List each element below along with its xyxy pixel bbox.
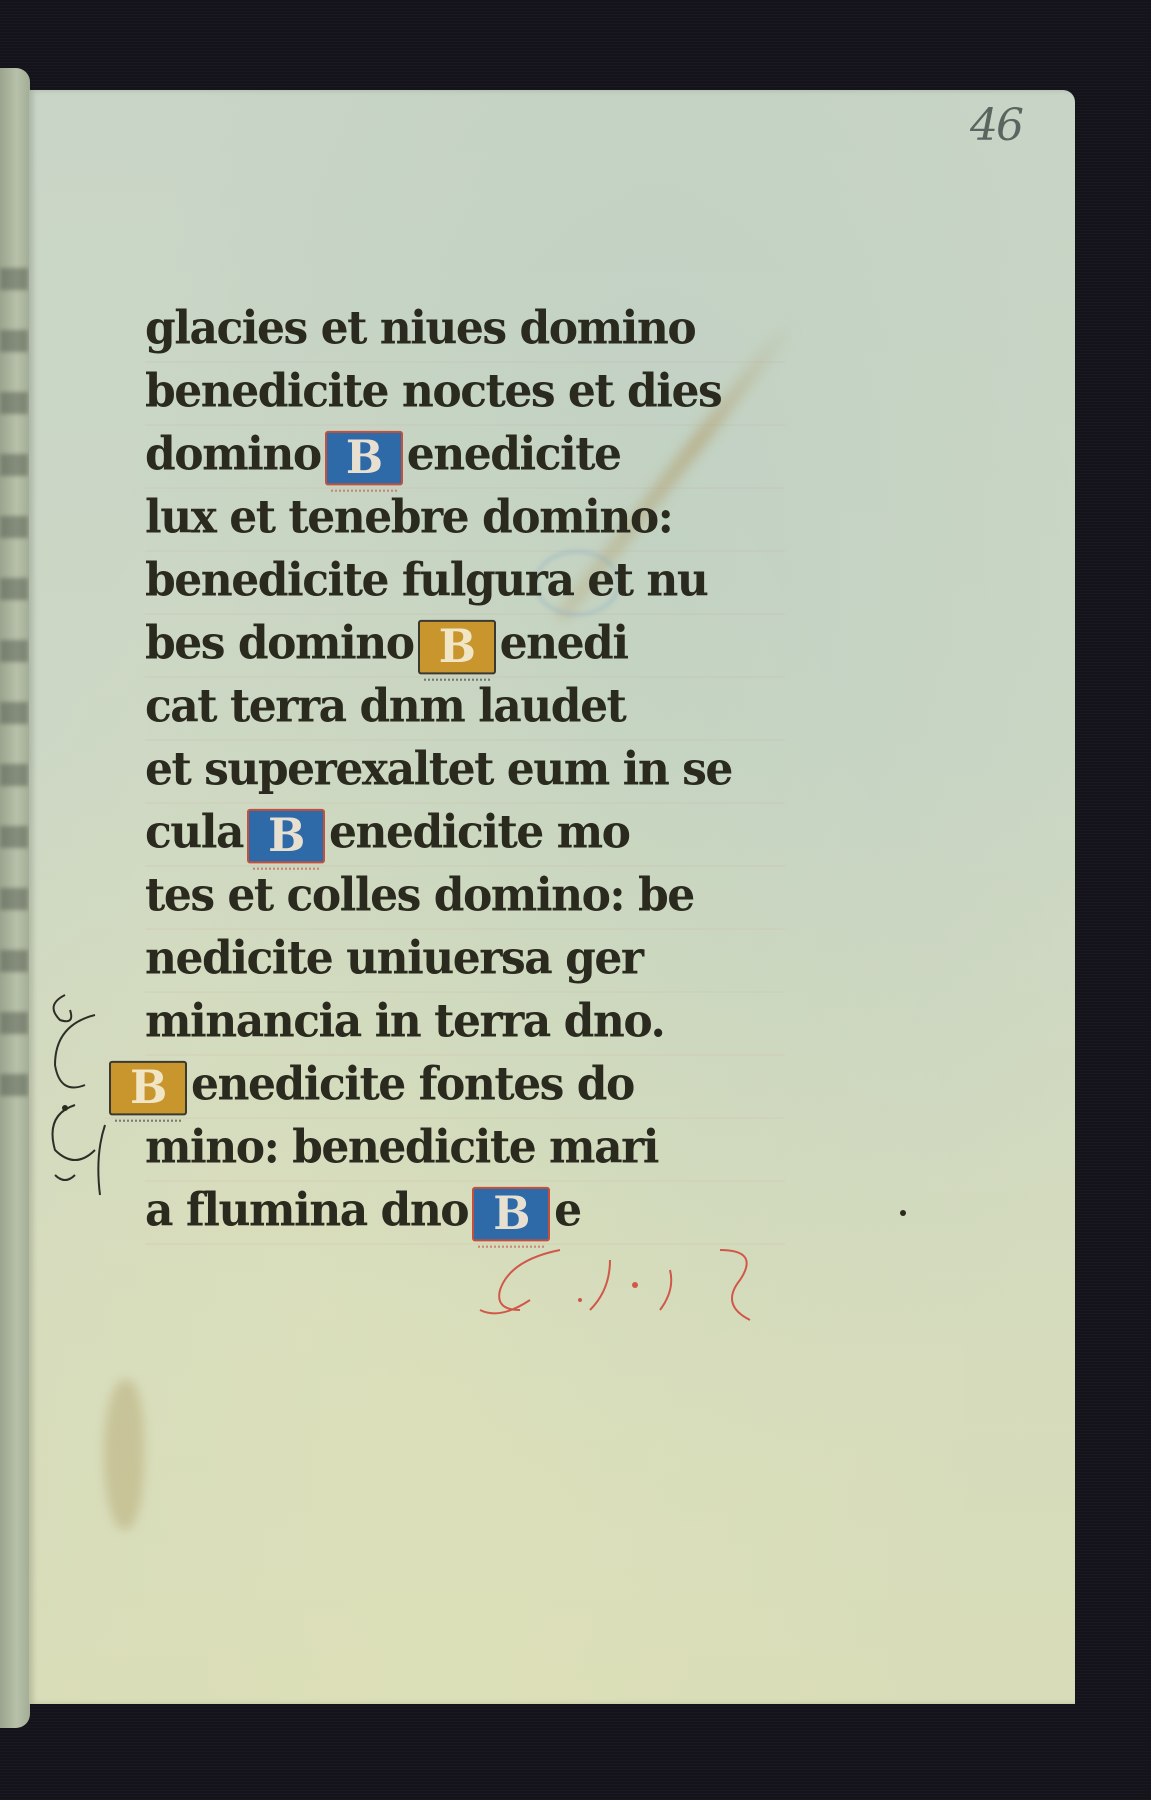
line-text: a flumina dno xyxy=(145,1184,468,1238)
text-line: cat terra dnm laudet xyxy=(145,674,785,740)
stain-blot xyxy=(104,1380,144,1530)
text-line: tes et colles domino: be xyxy=(145,863,785,929)
facing-page-text-line xyxy=(0,1012,28,1034)
pen-flourish-black xyxy=(35,975,155,1205)
illuminated-initial-blue: B xyxy=(325,430,403,485)
text-line: bes dominoBenedi xyxy=(145,611,785,677)
line-text: benedicite fulgura et nu xyxy=(145,554,707,608)
line-text: enedicite mo xyxy=(329,806,630,860)
text-block: glacies et niues domino benedicite nocte… xyxy=(145,298,785,1243)
line-text: mino: benedicite mari xyxy=(145,1121,658,1175)
line-text: nedicite uniuersa ger xyxy=(145,932,643,986)
text-line: nedicite uniuersa ger xyxy=(145,926,785,992)
facing-page-text-line xyxy=(0,578,28,600)
facing-page-text-line xyxy=(0,826,28,848)
text-line: mino: benedicite mari xyxy=(145,1115,785,1181)
facing-page-text-line xyxy=(0,764,28,786)
line-text: minancia in terra dno. xyxy=(145,995,664,1049)
facing-page-text-line xyxy=(0,950,28,972)
line-text: cula xyxy=(145,806,243,860)
line-text: glacies et niues domino xyxy=(145,302,695,356)
line-text: enedi xyxy=(500,617,628,671)
text-line: benedicite fulgura et nu xyxy=(145,548,785,614)
ink-dot xyxy=(900,1210,906,1216)
facing-page-text-line xyxy=(0,640,28,662)
text-line: minancia in terra dno. xyxy=(145,989,785,1055)
facing-page-text-line xyxy=(0,702,28,724)
line-text: bes domino xyxy=(145,617,414,671)
facing-page-text-line xyxy=(0,888,28,910)
text-line: a flumina dnoBe xyxy=(145,1178,785,1244)
line-text: enedicite fontes do xyxy=(191,1058,634,1112)
illuminated-initial-blue: B xyxy=(247,808,325,863)
text-line: glacies et niues domino xyxy=(145,296,785,362)
pen-flourish-red xyxy=(470,1240,790,1340)
line-text: et superexaltet eum in se xyxy=(145,743,732,797)
line-text: benedicite noctes et dies xyxy=(145,365,721,419)
text-line: culaBenedicite mo xyxy=(145,800,785,866)
folio-number: 46 xyxy=(970,100,1022,151)
facing-page-text-line xyxy=(0,1074,28,1096)
line-text: tes et colles domino: be xyxy=(145,869,694,923)
text-line: benedicite noctes et dies xyxy=(145,359,785,425)
text-line: Benedicite fontes do xyxy=(105,1052,785,1118)
facing-page-text-line xyxy=(0,268,28,290)
line-text: domino xyxy=(145,428,321,482)
facing-page-text-line xyxy=(0,516,28,538)
line-text: cat terra dnm laudet xyxy=(145,680,625,734)
text-line: et superexaltet eum in se xyxy=(145,737,785,803)
line-text: e xyxy=(554,1184,581,1238)
text-line: lux et tenebre domino: xyxy=(145,485,785,551)
illuminated-initial-gold: B xyxy=(418,619,496,674)
facing-page-text-line xyxy=(0,392,28,414)
line-text: lux et tenebre domino: xyxy=(145,491,672,545)
line-text: enedicite xyxy=(407,428,621,482)
text-line: dominoBenedicite xyxy=(145,422,785,488)
facing-page-edge xyxy=(0,68,30,1728)
illuminated-initial-blue: B xyxy=(472,1186,550,1241)
ink-dot xyxy=(62,1105,68,1111)
facing-page-text-line xyxy=(0,454,28,476)
facing-page-text-line xyxy=(0,330,28,352)
